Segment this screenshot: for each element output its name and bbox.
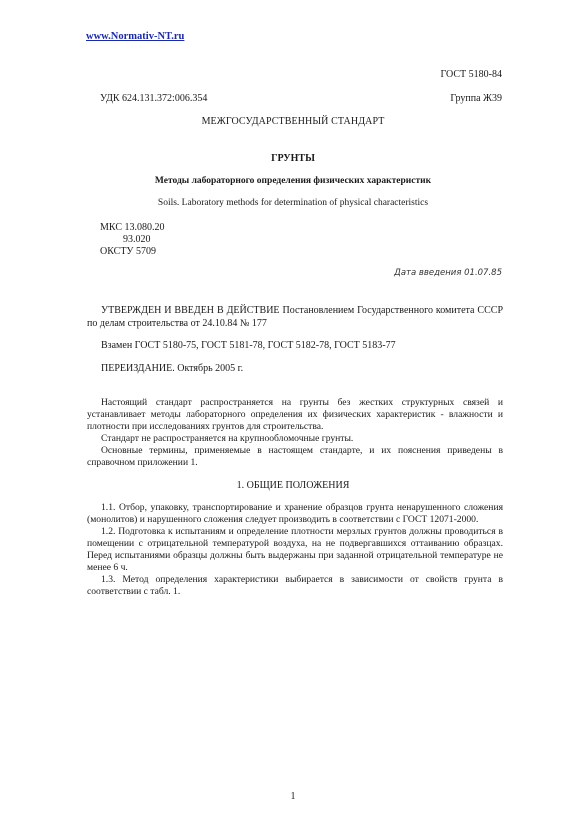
page-number: 1: [0, 791, 586, 802]
section-paragraph: 1.3. Метод определения характеристики вы…: [87, 574, 503, 598]
intro-paragraph: Основные термины, применяемые в настояще…: [87, 445, 503, 469]
section-body: 1.1. Отбор, упаковку, транспортирование …: [87, 502, 503, 598]
udk-code: УДК 624.131.372:006.354: [100, 93, 207, 104]
approval-statement: УТВЕРЖДЕН И ВВЕДЕН В ДЕЙСТВИЕ Постановле…: [87, 304, 503, 330]
site-link[interactable]: www.Normativ-NT.ru: [86, 31, 184, 42]
mks-code: МКС 13.080.20: [100, 222, 164, 234]
reissue-statement: ПЕРЕИЗДАНИЕ. Октябрь 2005 г.: [87, 363, 503, 375]
gost-number: ГОСТ 5180-84: [441, 69, 502, 80]
replaces-text: Взамен ГОСТ 5180-75, ГОСТ 5181-78, ГОСТ …: [87, 340, 503, 352]
standard-type: МЕЖГОСУДАРСТВЕННЫЙ СТАНДАРТ: [0, 116, 586, 127]
document-page: www.Normativ-NT.ru ГОСТ 5180-84 УДК 624.…: [0, 0, 586, 834]
subtitle-english: Soils. Laboratory methods for determinat…: [0, 198, 586, 208]
reissue-text: ПЕРЕИЗДАНИЕ. Октябрь 2005 г.: [87, 363, 503, 375]
replaces-statement: Взамен ГОСТ 5180-75, ГОСТ 5181-78, ГОСТ …: [87, 340, 503, 352]
mks-code-secondary: 93.020: [100, 234, 164, 246]
okstu-code: ОКСТУ 5709: [100, 246, 164, 258]
approval-text: УТВЕРЖДЕН И ВВЕДЕН В ДЕЙСТВИЕ Постановле…: [87, 304, 503, 330]
introduction-date: Дата введения 01.07.85: [394, 268, 502, 278]
section-paragraph: 1.2. Подготовка к испытаниям и определен…: [87, 526, 503, 574]
classification-codes: МКС 13.080.20 93.020 ОКСТУ 5709: [100, 222, 164, 258]
introduction: Настоящий стандарт распространяется на г…: [87, 397, 503, 469]
document-title: ГРУНТЫ: [0, 153, 586, 164]
group-code: Группа Ж39: [450, 93, 502, 104]
intro-paragraph: Стандарт не распространяется на крупнооб…: [87, 433, 503, 445]
subtitle-russian: Методы лабораторного определения физичес…: [0, 176, 586, 186]
intro-paragraph: Настоящий стандарт распространяется на г…: [87, 397, 503, 433]
section-title: 1. ОБЩИЕ ПОЛОЖЕНИЯ: [0, 480, 586, 491]
section-paragraph: 1.1. Отбор, упаковку, транспортирование …: [87, 502, 503, 526]
